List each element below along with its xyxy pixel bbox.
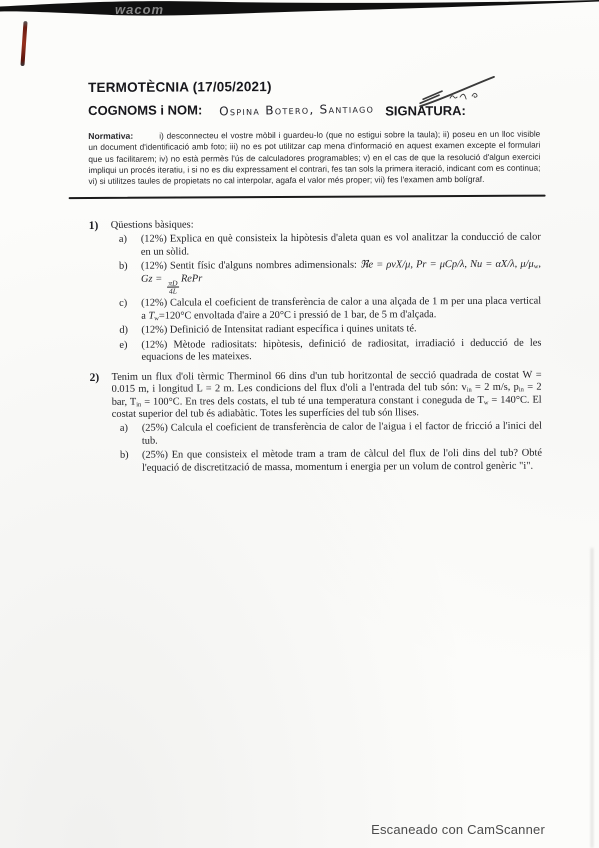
item-letter: e)	[119, 339, 141, 364]
pen-mark-artifact	[20, 21, 27, 66]
question-2-body: Tenim un flux d'oli tèrmic Therminol 66 …	[112, 369, 543, 475]
rules-paragraph: Normativa:i) desconnecteu el vostre mòbi…	[88, 129, 540, 188]
scanned-exam-page: wacom TERMOTÈCNIA (17/05/2021) COGNOMS i…	[0, 0, 599, 848]
item-text: (25%) En que consisteix el mètode tram a…	[142, 448, 542, 475]
questions-section: 1) Qüestions bàsiques: a) (12%) Explica …	[89, 217, 542, 475]
question-1-number: 1)	[89, 220, 112, 365]
paper-edge-shadow	[591, 548, 593, 848]
question-2-number: 2)	[90, 371, 113, 475]
name-label: COGNOMS i NOM:	[88, 102, 202, 118]
question-2: 2) Tenim un flux d'oli tèrmic Therminol …	[90, 369, 543, 475]
list-item: a) (25%) Calcula el coeficient de transf…	[120, 421, 542, 448]
question-1: 1) Qüestions bàsiques: a) (12%) Explica …	[89, 217, 542, 364]
handwritten-name: Ospina Botero, Santiago	[219, 101, 374, 118]
question-2-items: a) (25%) Calcula el coeficient de transf…	[112, 421, 542, 475]
exam-content: TERMOTÈCNIA (17/05/2021) COGNOMS i NOM: …	[88, 78, 542, 476]
list-item: d) (12%) Definició de Intensitat radiant…	[119, 323, 541, 338]
signature-mark	[418, 75, 498, 111]
rules-text: i) desconnecteu el vostre mòbil i guarde…	[88, 129, 540, 187]
scanner-edge-shape: wacom	[0, 0, 599, 26]
question-1-intro: Qüestions bàsiques:	[111, 217, 541, 232]
name-signature-row: COGNOMS i NOM: Ospina Botero, Santiago S…	[88, 100, 540, 125]
list-item: e) (12%) Mètode radiositats: hipòtesis, …	[119, 337, 541, 364]
rules-label: Normativa:	[88, 131, 133, 141]
item-text: (25%) Calcula el coeficient de transferè…	[142, 421, 542, 448]
item-letter: b)	[120, 450, 142, 475]
list-item: a) (12%) Explica en què consisteix la hi…	[119, 232, 541, 259]
item-text: (12%) Definició de Intensitat radiant es…	[141, 323, 541, 338]
list-item: b) (12%) Sentit físic d'alguns nombres a…	[119, 259, 541, 296]
item-text: (12%) Calcula el coeficient de transferè…	[141, 296, 541, 323]
item-letter: b)	[119, 261, 141, 296]
question-1-body: Qüestions bàsiques: a) (12%) Explica en …	[111, 217, 542, 364]
item-letter: a)	[120, 423, 142, 448]
section-divider	[69, 194, 546, 198]
question-1-items: a) (12%) Explica en què consisteix la hi…	[111, 232, 542, 365]
item-text: (12%) Mètode radiositats: hipòtesis, def…	[141, 337, 541, 364]
list-item: b) (25%) En que consisteix el mètode tra…	[120, 448, 542, 475]
camscanner-watermark: Escaneado con CamScanner	[371, 822, 545, 837]
list-item: c) (12%) Calcula el coeficient de transf…	[119, 296, 541, 323]
question-2-intro: Tenim un flux d'oli tèrmic Therminol 66 …	[112, 369, 542, 421]
scanner-edge-strip: wacom	[0, 0, 599, 26]
item-letter: c)	[119, 298, 141, 323]
wacom-logo-text: wacom	[115, 2, 164, 17]
item-text: (12%) Sentit físic d'alguns nombres adim…	[141, 259, 541, 296]
item-text: (12%) Explica en què consisteix la hipòt…	[141, 232, 541, 259]
item-letter: d)	[119, 325, 141, 338]
item-letter: a)	[119, 234, 141, 259]
